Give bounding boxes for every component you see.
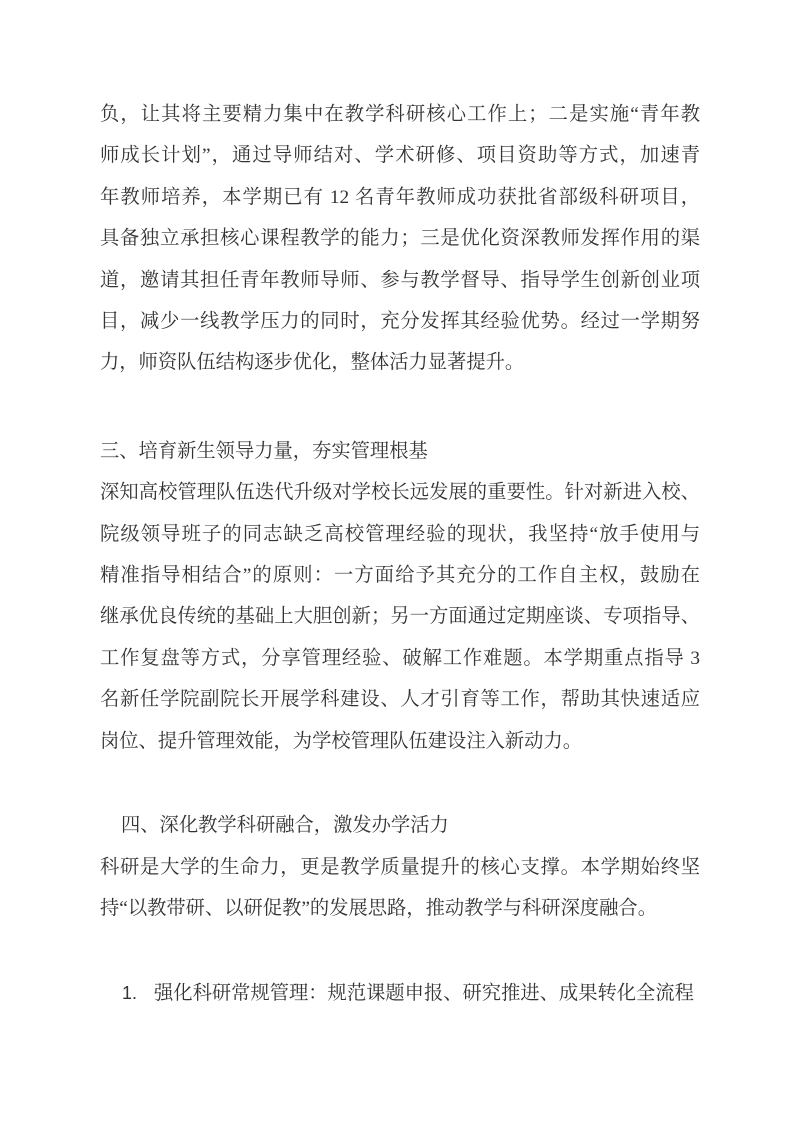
body-line: 名新任学院副院长开展学科建设、人才引育等工作，帮助其快速适应 [100,679,700,720]
body-line: 力，师资队伍结构逐步优化，整体活力显著提升。 [100,342,700,383]
body-line: 深知高校管理队伍迭代升级对学校长远发展的重要性。针对新进入校、 [100,472,700,513]
body-line: 年教师培养，本学期已有 12 名青年教师成功获批省部级科研项目， [100,177,700,218]
body-line: 院级领导班子的同志缺乏高校管理经验的现状，我坚持“放手使用与 [100,514,700,555]
body-line: 持“以教带研、以研促教”的发展思路，推动教学与科研深度融合。 [100,888,700,929]
paragraph-leadership: 深知高校管理队伍迭代升级对学校长远发展的重要性。针对新进入校、 院级领导班子的同… [100,472,700,762]
body-line: 具备独立承担核心课程教学的能力；三是优化资深教师发挥作用的渠 [100,218,700,259]
body-line: 师成长计划”，通过导师结对、学术研修、项目资助等方式，加速青 [100,135,700,176]
list-number: 1. [122,973,137,1014]
paragraph-spacer [100,384,700,431]
paragraph-research: 科研是大学的生命力，更是教学质量提升的核心支撑。本学期始终坚 持“以教带研、以研… [100,847,700,930]
paragraph-teacher-development: 负，让其将主要精力集中在教学科研核心工作上；二是实施“青年教 师成长计划”，通过… [100,94,700,384]
list-text: 强化科研常规管理：规范课题申报、研究推进、成果转化全流程 [154,983,694,1004]
body-line: 工作复盘等方式，分享管理经验、破解工作难题。本学期重点指导 3 [100,638,700,679]
paragraph-spacer [100,929,700,973]
section-heading-4: 四、深化教学科研融合，激发办学活力 [100,805,700,846]
document-page: 负，让其将主要精力集中在教学科研核心工作上；二是实施“青年教 师成长计划”，通过… [0,0,793,1122]
body-line: 继承优良传统的基础上大胆创新；另一方面通过定期座谈、专项指导、 [100,596,700,637]
section-heading-3: 三、培育新生领导力量，夯实管理根基 [100,431,700,472]
paragraph-spacer [100,762,700,805]
body-line: 目，减少一线教学压力的同时，充分发挥其经验优势。经过一学期努 [100,301,700,342]
body-line: 岗位、提升管理效能，为学校管理队伍建设注入新动力。 [100,721,700,762]
body-line: 科研是大学的生命力，更是教学质量提升的核心支撑。本学期始终坚 [100,847,700,888]
body-line: 负，让其将主要精力集中在教学科研核心工作上；二是实施“青年教 [100,94,700,135]
body-line: 道，邀请其担任青年教师导师、参与教学督导、指导学生创新创业项 [100,260,700,301]
body-line: 精准指导相结合”的原则：一方面给予其充分的工作自主权，鼓励在 [100,555,700,596]
numbered-list-item: 1.强化科研常规管理：规范课题申报、研究推进、成果转化全流程 [100,973,700,1014]
